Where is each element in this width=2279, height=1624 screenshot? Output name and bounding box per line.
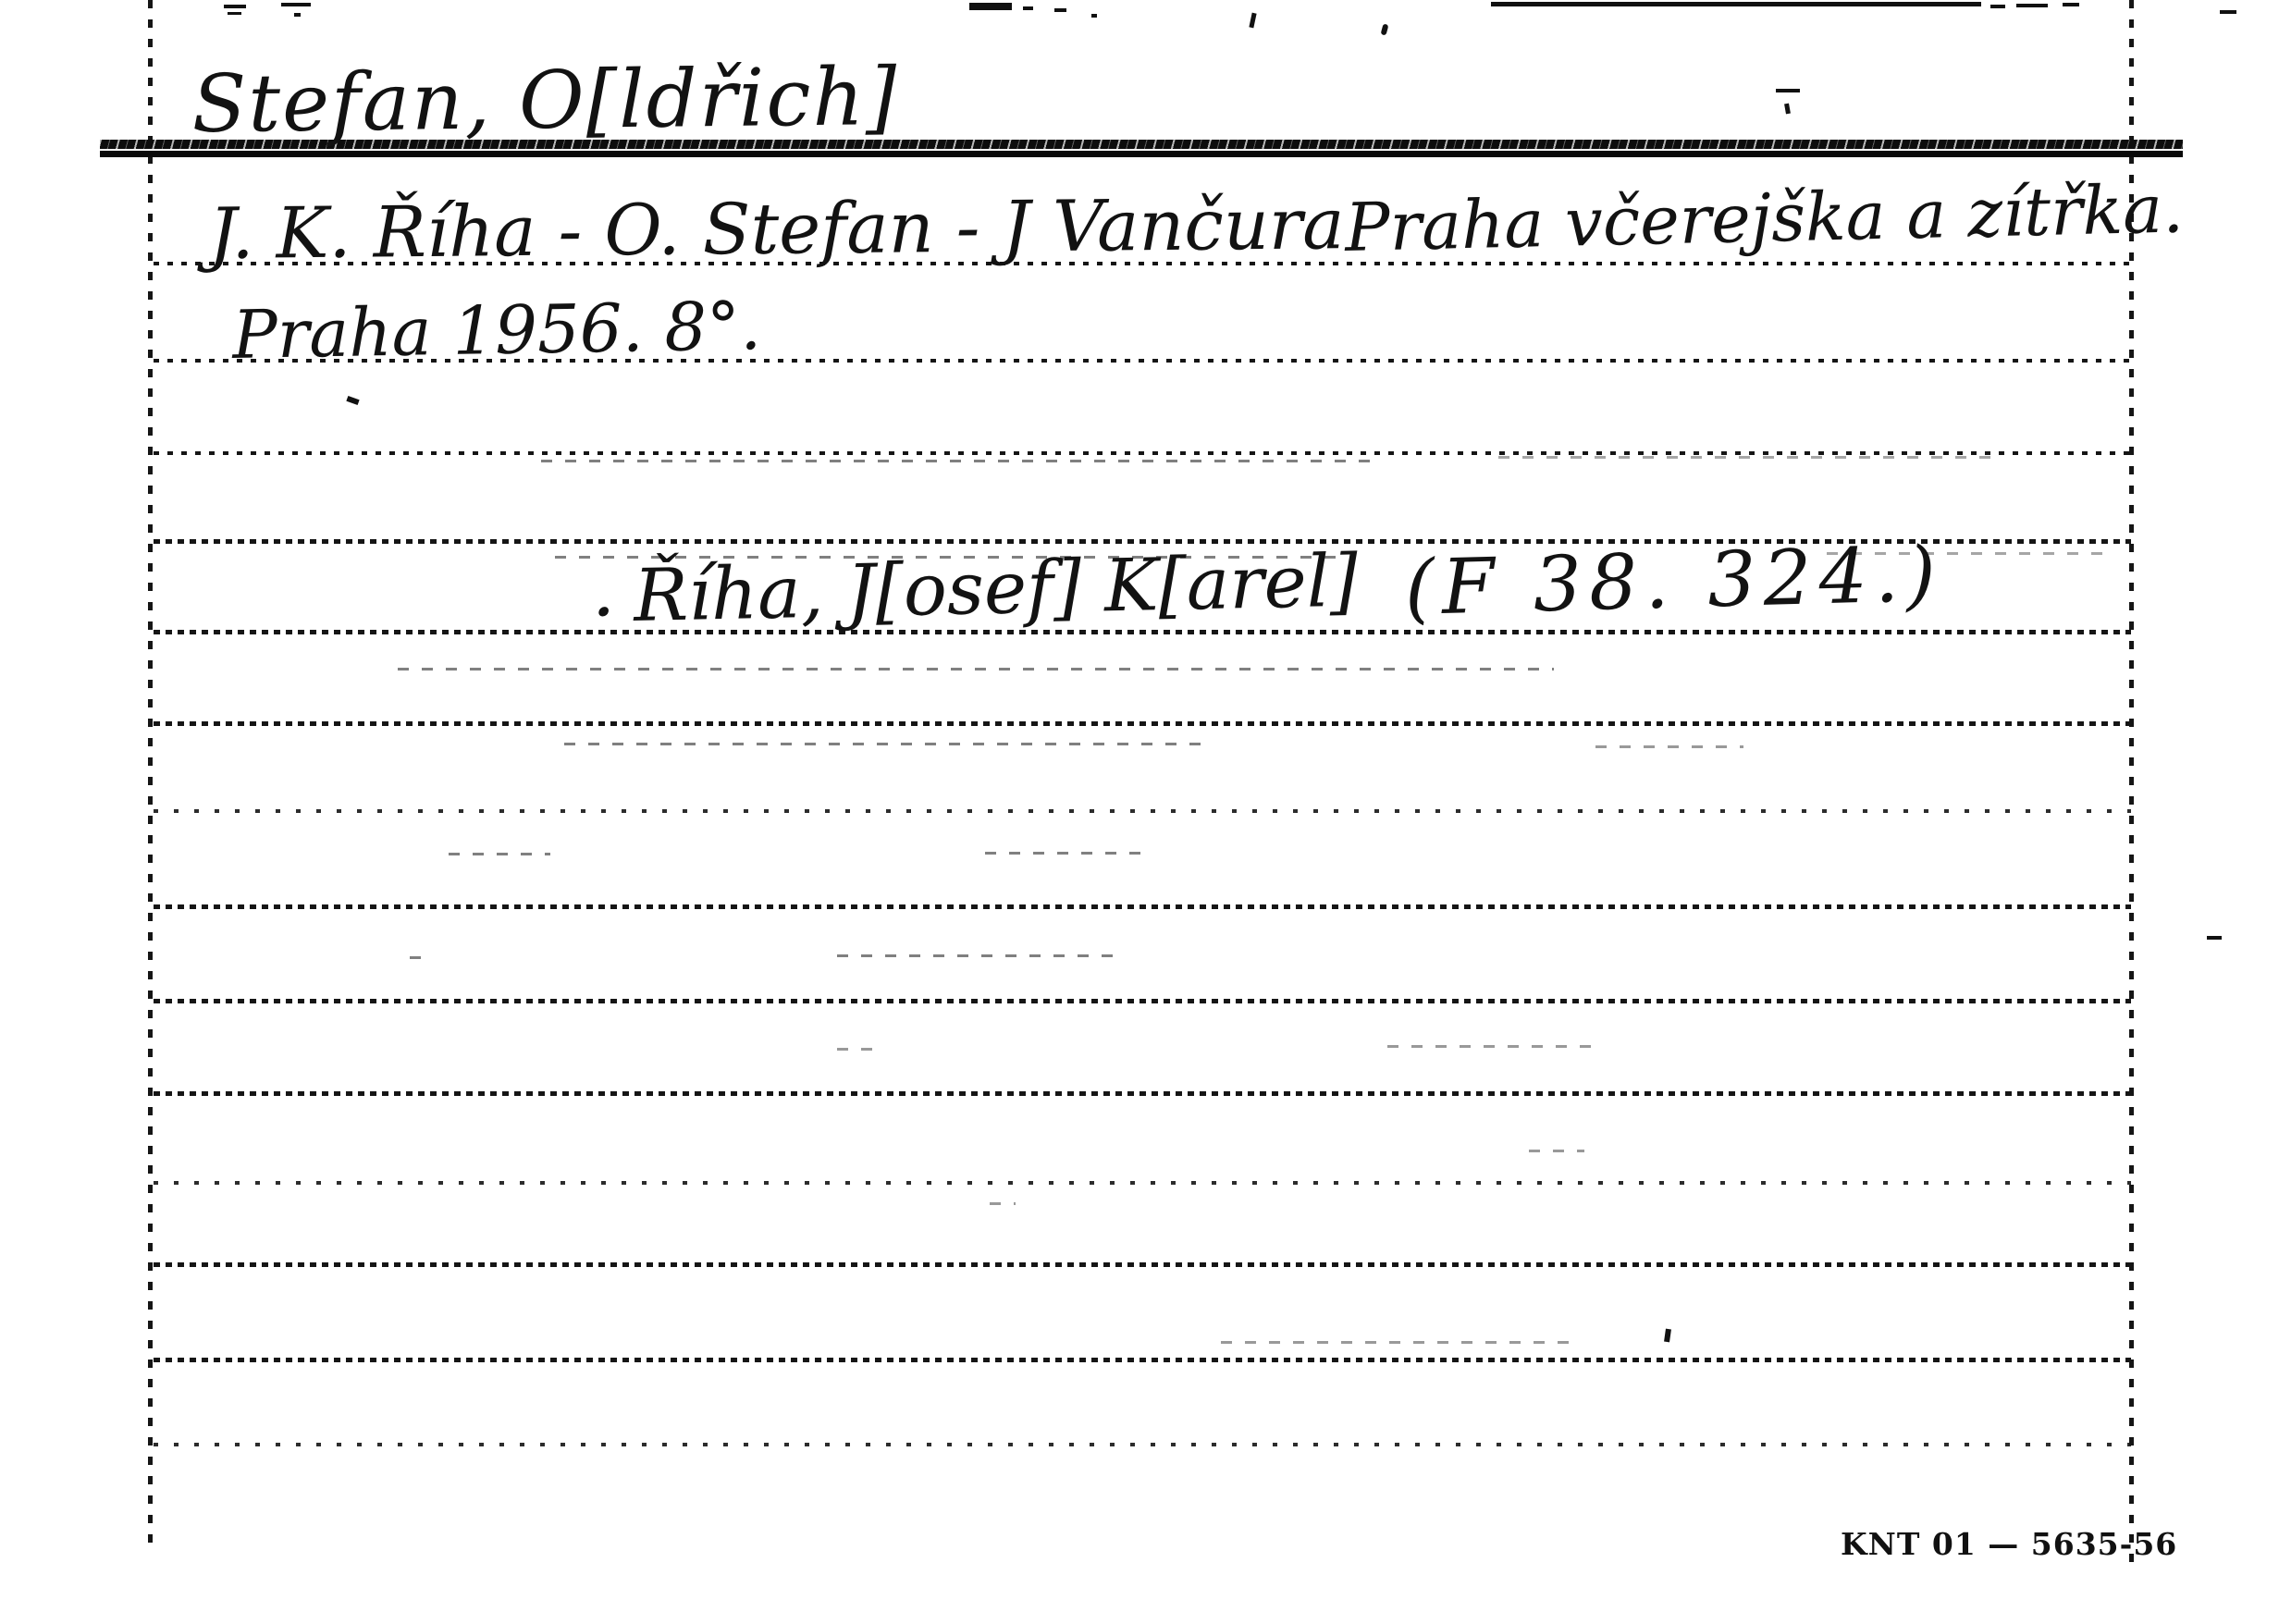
entry-imprint: Praha 1956. 8°. [232, 292, 762, 368]
ruled-line [154, 1262, 2131, 1267]
scan-artifact [1221, 1341, 1582, 1344]
scan-artifact [1776, 89, 1800, 92]
scan-artifact [1529, 1150, 1584, 1152]
ruled-line [154, 1091, 2131, 1096]
ruled-line [154, 809, 2131, 813]
ruled-line [154, 904, 2131, 909]
scan-artifact [541, 460, 1374, 462]
scan-artifact [1091, 14, 1097, 18]
scan-artifact [1054, 8, 1066, 12]
scan-artifact [1595, 745, 1743, 748]
print-code: KNT 01 — 5635-56 [1841, 1526, 2177, 1562]
scan-artifact [1498, 456, 1998, 459]
scan-artifact [2063, 3, 2079, 6]
scan-artifact [837, 954, 1124, 957]
scan-artifact [990, 1202, 1016, 1205]
scan-artifact [837, 1048, 879, 1051]
crossref-dot: · [592, 575, 615, 649]
crossref-callnumber: (F 38. 324.) [1404, 537, 1944, 627]
scan-artifact [969, 3, 1012, 10]
ruled-line [154, 999, 2131, 1003]
scan-artifact [1387, 1045, 1600, 1048]
header-underline-solid-line [100, 151, 2183, 157]
scan-artifact [1249, 13, 1256, 29]
crossref-name: Říha, J[osef] K[arel] [633, 546, 1358, 633]
ruled-line [154, 1358, 2131, 1362]
scan-artifact [2016, 4, 2048, 7]
scan-artifact [449, 853, 550, 855]
scan-artifact [224, 5, 246, 8]
scan-artifact [294, 13, 301, 17]
scan-artifact [1784, 104, 1791, 115]
ruled-line [154, 1181, 2131, 1185]
scan-artifact [1023, 6, 1033, 10]
scan-artifact [2220, 10, 2236, 14]
left-dotted-border [148, 0, 153, 1546]
scan-artifact [564, 743, 1212, 745]
entry-title: Praha včerejška a zítřka. [1344, 175, 2184, 261]
scan-artifact [398, 668, 1554, 671]
entry-authors: J. K. Říha - O. Stefan - J Vančura [208, 189, 1344, 269]
scan-artifact [1491, 2, 1981, 6]
ruled-line [154, 630, 2131, 634]
ruled-line [154, 721, 2131, 726]
heading-author-name: Stefan, O[ldřich] [191, 57, 899, 144]
scan-artifact [985, 852, 1152, 855]
scan-artifact [2207, 936, 2222, 940]
scan-artifact [1664, 1329, 1671, 1343]
scan-artifact [410, 956, 434, 959]
scan-artifact [1381, 23, 1389, 35]
ruled-line [154, 1443, 2131, 1446]
scan-artifact [346, 396, 359, 405]
ruled-line [154, 451, 2131, 455]
scan-artifact [1990, 5, 2005, 8]
catalog-card: Stefan, O[ldřich] J. K. Říha - O. Stefan… [0, 0, 2279, 1624]
scan-artifact [228, 12, 241, 15]
scan-artifact [281, 3, 311, 6]
